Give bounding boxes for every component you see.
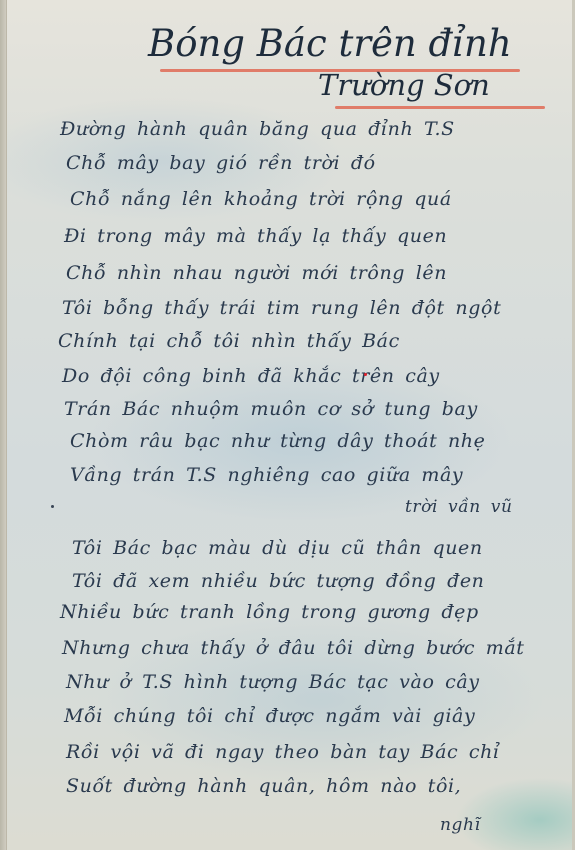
poem-line: Chỗ nhìn nhau người mới trông lên xyxy=(66,262,447,284)
poem-line: Chỗ mây bay gió rền trời đó xyxy=(66,152,376,174)
notebook-page: Bóng Bác trên đỉnh Trường Sơn Đường hành… xyxy=(0,0,575,850)
red-ink-mark xyxy=(364,373,367,376)
poem-line: Vầng trán T.S nghiêng cao giữa mây xyxy=(70,464,463,486)
poem-line: Tôi Bác bạc màu dù dịu cũ thân quen xyxy=(72,537,483,559)
poem-line-continuation: trời vần vũ xyxy=(405,497,513,517)
poem-line: Tôi bỗng thấy trái tim rung lên đột ngột xyxy=(62,297,501,319)
poem-line: Rồi vội vã đi ngay theo bàn tay Bác chỉ xyxy=(66,741,500,763)
poem-line: Do đội công binh đã khắc trên cây xyxy=(62,365,440,387)
poem-line: Đi trong mây mà thấy lạ thấy quen xyxy=(64,225,447,247)
poem-line: Suốt đường hành quân, hôm nào tôi, xyxy=(66,775,461,797)
poem-line: Nhưng chưa thấy ở đâu tôi dừng bước mắt xyxy=(62,637,524,659)
poem-line: Nhiều bức tranh lồng trong gương đẹp xyxy=(60,601,479,623)
poem-line: Tôi đã xem nhiều bức tượng đồng đen xyxy=(72,570,485,592)
poem-line: Chòm râu bạc như từng dây thoát nhẹ xyxy=(70,430,485,452)
poem-line: Chỗ nắng lên khoảng trời rộng quá xyxy=(70,188,452,210)
poem-line-continuation: nghĩ xyxy=(440,815,481,835)
poem-line: Đường hành quân băng qua đỉnh T.S xyxy=(60,118,455,140)
poem-line: Mỗi chúng tôi chỉ được ngắm vài giây xyxy=(64,705,475,727)
ink-dot-mark xyxy=(51,505,54,508)
poem-line: Như ở T.S hình tượng Bác tạc vào cây xyxy=(66,671,480,693)
poem-line: Trán Bác nhuộm muôn cơ sở tung bay xyxy=(64,398,478,420)
poem-line: Chính tại chỗ tôi nhìn thấy Bác xyxy=(58,330,400,352)
poem-body: Đường hành quân băng qua đỉnh T.S Chỗ mâ… xyxy=(0,0,575,850)
